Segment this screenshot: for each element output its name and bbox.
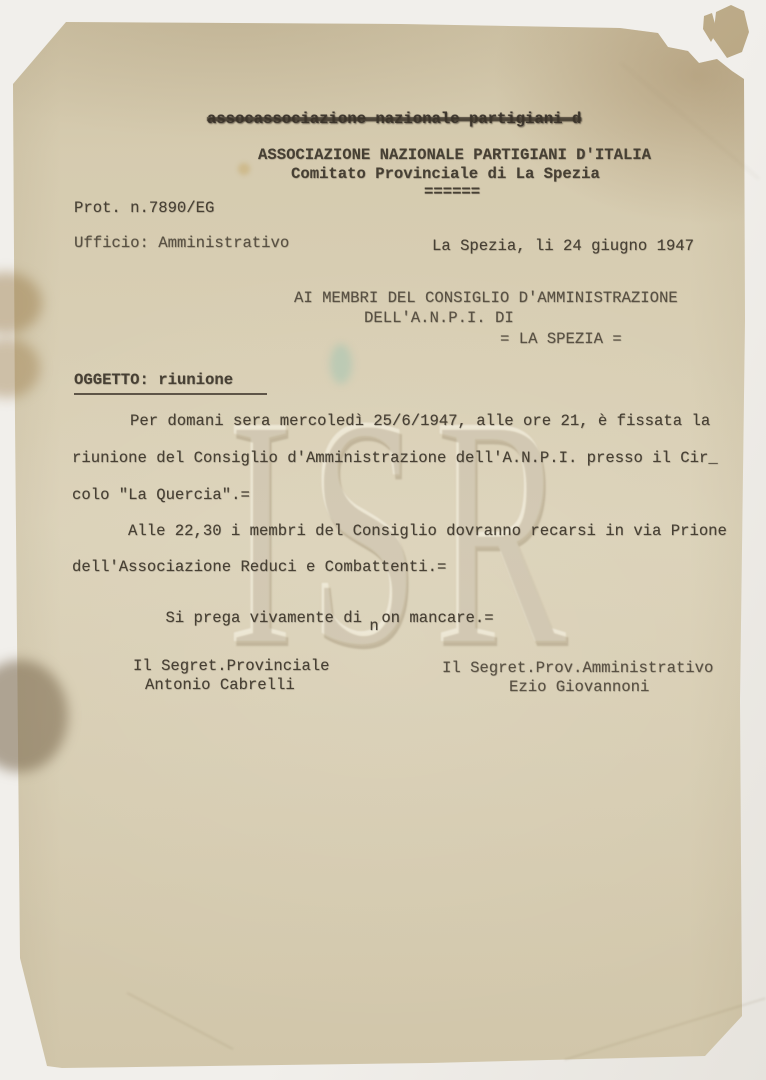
body-line: colo "La Quercia".= (72, 486, 250, 505)
body-line-segment: Si prega vivamente di (165, 609, 371, 627)
body-line: dell'Associazione Reduci e Combattenti.= (72, 558, 446, 577)
body-line-segment: on mancare.= (381, 609, 493, 627)
signature-left-name: Antonio Cabrelli (145, 676, 295, 695)
equals-divider: ====== (424, 183, 480, 202)
body-line: riunione del Consiglio d'Amministrazione… (72, 449, 718, 468)
recipient-line-3: = LA SPEZIA = (500, 330, 622, 349)
signature-left-title: Il Segret.Provinciale (133, 657, 330, 676)
body-line: Per domani sera mercoledì 25/6/1947, all… (130, 412, 710, 431)
dateline: La Spezia, li 24 giugno 1947 (432, 237, 694, 256)
typed-below-line-correction: n (371, 609, 381, 628)
struck-out-header-line: assocassociazione nazionale partigiani d (207, 110, 581, 129)
committee-line: Comitato Provinciale di La Spezia (291, 165, 600, 184)
recipient-line-2: DELL'A.N.P.I. DI (364, 309, 514, 328)
body-line: Si prega vivamente di non mancare.= (128, 590, 494, 647)
scanned-letter-page: ISR assocassociazione nazionale partigia… (0, 0, 766, 1080)
recipient-line-1: AI MEMBRI DEL CONSIGLIO D'AMMINISTRAZION… (294, 289, 678, 308)
stain-mark (238, 163, 250, 175)
organization-name: ASSOCIAZIONE NAZIONALE PARTIGIANI D'ITAL… (258, 146, 651, 165)
office-line: Ufficio: Amministrativo (74, 234, 289, 253)
signature-right-title: Il Segret.Prov.Amministrativo (442, 659, 713, 678)
signature-right-name: Ezio Giovannoni (509, 678, 649, 697)
body-line: Alle 22,30 i membri del Consiglio dovran… (128, 522, 727, 541)
subject-line: OGGETTO: riunione (74, 371, 267, 395)
protocol-number: Prot. n.7890/EG (74, 199, 214, 218)
